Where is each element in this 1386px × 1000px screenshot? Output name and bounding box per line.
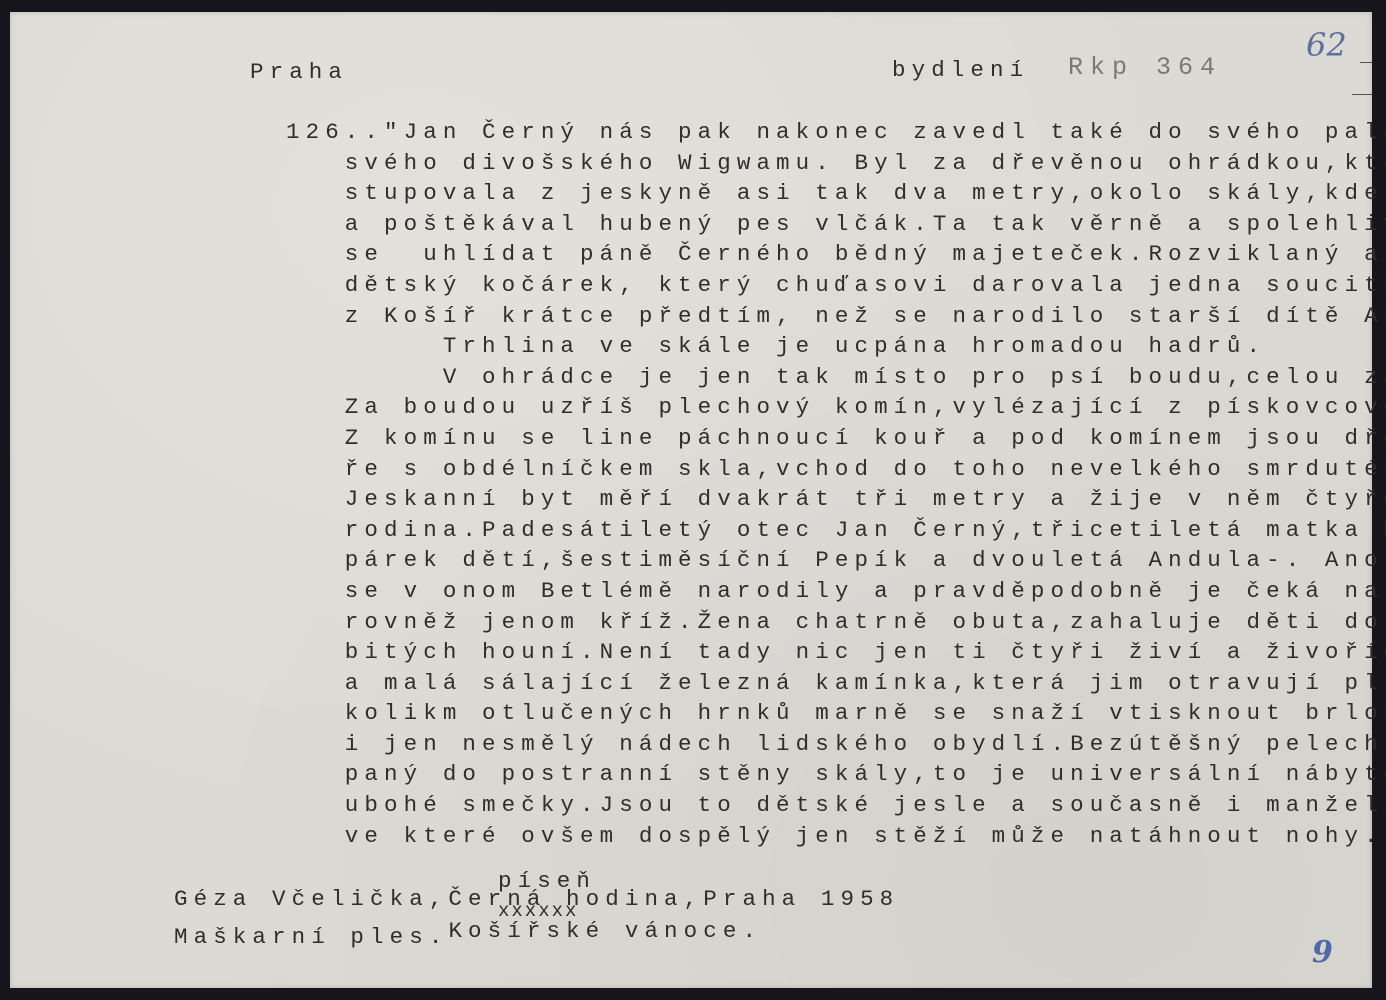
entry-line: ve které ovšem dospělý jen stěží může na…	[286, 821, 1386, 852]
header-place: Praha	[250, 57, 348, 88]
edge-tick-mark	[1352, 94, 1372, 95]
archive-reference: Rkp 364	[1068, 53, 1222, 84]
entry-line: Z komínu se line páchnoucí kouř a pod ko…	[286, 423, 1386, 454]
source-line-2-suffix: Košířské vánoce.	[448, 918, 762, 944]
source-line-2-prefix: Maškarní ples.	[174, 924, 448, 950]
entry-line: stupovala z jeskyně asi tak dva metry,ok…	[286, 178, 1386, 209]
entry-line: kolikm otlučených hrnků marně se snaží v…	[286, 698, 1386, 729]
entry-line: Jeskanní byt měří dvakrát tři metry a ži…	[286, 484, 1386, 515]
header-topic: bydlení	[892, 55, 1029, 86]
entry-line: Trhlina ve skále je ucpána hromadou hadr…	[286, 331, 1386, 362]
entry-line: rodina.Padesátiletý otec Jan Černý,třice…	[286, 515, 1386, 546]
entry-line: a malá sálající železná kamínka,která ji…	[286, 668, 1386, 699]
entry-line: V ohrádce je jen tak místo pro psí boudu…	[286, 362, 1386, 393]
handwritten-page-number: 62	[1306, 26, 1347, 64]
entry-line: Za boudou uzříš plechový komín,vylézajíc…	[286, 392, 1386, 423]
entry-line: i jen nesmělý nádech lidského obydlí.Bez…	[286, 729, 1386, 760]
entry-line: bitých houní.Není tady nic jen ti čtyři …	[286, 637, 1386, 668]
entry-line: párek dětí,šestiměsíční Pepík a dvouletá…	[286, 545, 1386, 576]
edge-tick-mark	[1360, 62, 1372, 63]
entry-line: a poštěkával hubený pes vlčák.Ta tak věr…	[286, 209, 1386, 240]
entry-line: 126.."Jan Černý nás pak nakonec zavedl t…	[286, 117, 1386, 148]
entry-line: ře s obdélníčkem skla,vchod do toho neve…	[286, 454, 1386, 485]
entry-line: svého divošského Wigwamu. Byl za dřevěno…	[286, 148, 1386, 179]
entry-text: 126.."Jan Černý nás pak nakonec zavedl t…	[286, 117, 1386, 851]
source-line-2: Maškarní ples.Košířské vánoce.	[174, 922, 762, 953]
entry-line: se v onom Betlémě narodily a pravděpodob…	[286, 576, 1386, 607]
entry-line: dětský kočárek, který chuďasovi darovala…	[286, 270, 1386, 301]
entry-line: ubohé smečky.Jsou to dětské jesle a souč…	[286, 790, 1386, 821]
entry-line: rovněž jenom kříž.Žena chatrně obuta,zah…	[286, 607, 1386, 638]
entry-line: se uhlídat páně Černého bědný majeteček.…	[286, 239, 1386, 270]
entry-line: z Košíř krátce předtím, než se narodilo …	[286, 301, 1386, 332]
entry-line: paný do postranní stěny skály,to je univ…	[286, 759, 1386, 790]
handwritten-footer-mark: 9	[1312, 935, 1333, 970]
